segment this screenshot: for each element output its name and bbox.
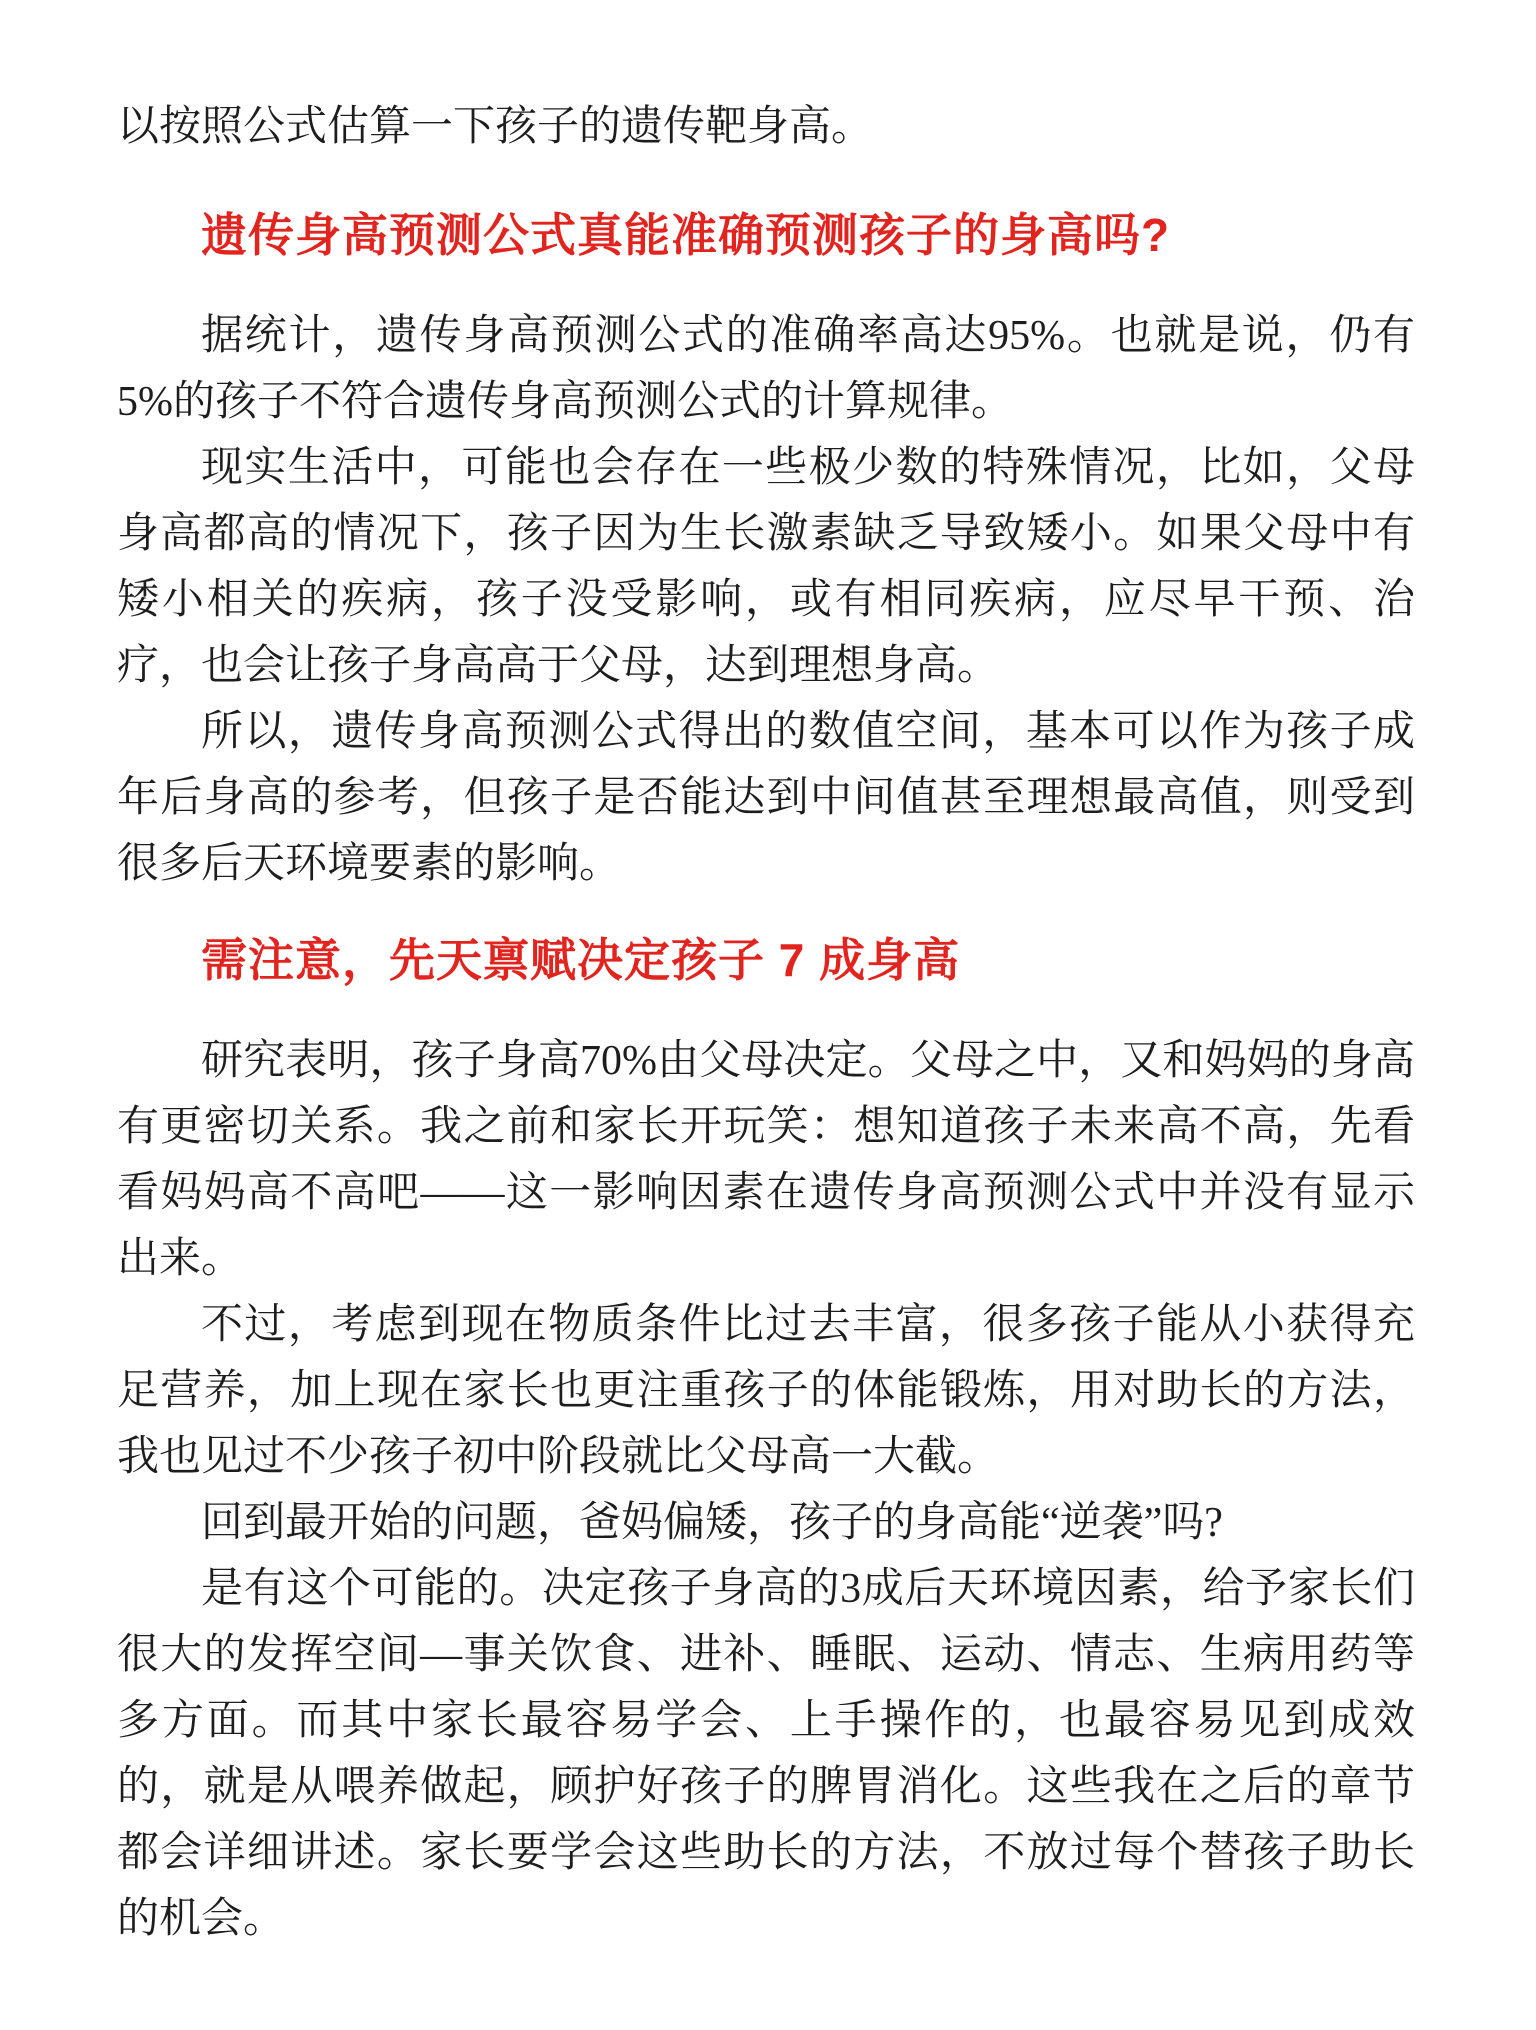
paragraph-research-70-percent: 研究表明，孩子身高70%由父母决定。父母之中，又和妈妈的身高有更密切关系。我之前…	[117, 1028, 1415, 1292]
section-heading-genetic-formula-accuracy: 遗传身高预测公式真能准确预测孩子的身高吗?	[201, 200, 1415, 270]
paragraph-30-percent-environment: 是有这个可能的。决定孩子身高的3成后天环境因素，给予家长们很大的发挥空间—事关饮…	[117, 1556, 1415, 1952]
paragraph-counterattack-question: 回到最开始的问题，爸妈偏矮，孩子的身高能“逆袭”吗?	[117, 1490, 1415, 1556]
section-heading-innate-70-percent: 需注意，先天禀赋决定孩子 7 成身高	[201, 925, 1415, 995]
paragraph-statistics-95-percent: 据统计，遗传身高预测公式的准确率高达95%。也就是说，仍有5%的孩子不符合遗传身…	[117, 303, 1415, 435]
paragraph-modern-nutrition: 不过，考虑到现在物质条件比过去丰富，很多孩子能从小获得充足营养，加上现在家长也更…	[117, 1292, 1415, 1490]
document-page: 以按照公式估算一下孩子的遗传靶身高。 遗传身高预测公式真能准确预测孩子的身高吗?…	[0, 0, 1536, 2030]
paragraph-intro-continuation: 以按照公式估算一下孩子的遗传靶身高。	[117, 94, 1415, 160]
paragraph-special-cases: 现实生活中，可能也会存在一些极少数的特殊情况，比如，父母身高都高的情况下，孩子因…	[117, 435, 1415, 699]
paragraph-formula-as-reference: 所以，遗传身高预测公式得出的数值空间，基本可以作为孩子成年后身高的参考，但孩子是…	[117, 699, 1415, 897]
